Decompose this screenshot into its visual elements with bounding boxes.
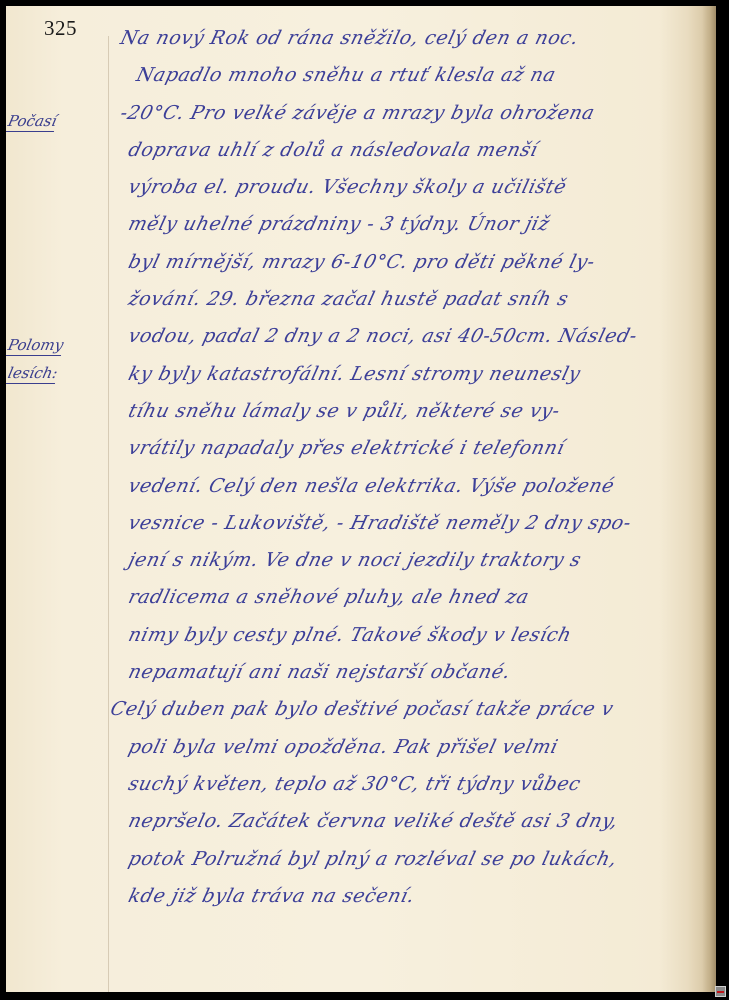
chronicle-page: 325 Počasí Polomy lesích: Na nový Rok od… bbox=[6, 6, 716, 992]
text-line: byl mírnější, mrazy 6-10°C. pro děti pěk… bbox=[116, 244, 715, 281]
text-line: nimy byly cesty plné. Takové škody v les… bbox=[116, 617, 715, 654]
handwritten-body: Na nový Rok od rána sněžilo, celý den a … bbox=[116, 20, 706, 915]
text-line: vrátily napadaly přes elektrické i telef… bbox=[116, 430, 715, 467]
text-line: radlicema a sněhové pluhy, ale hned za bbox=[116, 579, 715, 616]
text-line: vedení. Celý den nešla elektrika. Výše p… bbox=[116, 468, 715, 505]
text-line: potok Polružná byl plný a rozléval se po… bbox=[116, 841, 715, 878]
text-line: vodou, padal 2 dny a 2 noci, asi 40-50cm… bbox=[116, 318, 715, 355]
text-line: kde již byla tráva na sečení. bbox=[116, 878, 715, 915]
text-line: nepamatují ani naši nejstarší občané. bbox=[116, 654, 715, 691]
text-line: Napadlo mnoho sněhu a rtuť klesla až na bbox=[116, 57, 715, 94]
text-line: výroba el. proudu. Všechny školy a učili… bbox=[116, 169, 715, 206]
text-line: ky byly katastrofální. Lesní stromy neun… bbox=[116, 356, 715, 393]
text-line: nepršelo. Začátek června veliké deště as… bbox=[116, 803, 715, 840]
margin-rule bbox=[108, 36, 109, 992]
minimize-icon[interactable] bbox=[715, 986, 726, 997]
text-line: vesnice - Lukoviště, - Hradiště neměly 2… bbox=[116, 505, 715, 542]
margin-note-weather: Počasí bbox=[6, 112, 58, 132]
text-line: -20°C. Pro velké závěje a mrazy byla ohr… bbox=[116, 95, 715, 132]
text-line: jení s nikým. Ve dne v noci jezdily trak… bbox=[116, 542, 715, 579]
text-line: Na nový Rok od rána sněžilo, celý den a … bbox=[116, 20, 715, 57]
text-line: Celý duben pak bylo deštivé počasí takže… bbox=[106, 691, 715, 728]
page-number: 325 bbox=[44, 16, 77, 41]
text-line: poli byla velmi opožděna. Pak přišel vel… bbox=[116, 729, 715, 766]
text-line: žování. 29. března začal hustě padat sní… bbox=[116, 281, 715, 318]
text-line: tíhu sněhu lámaly se v půli, některé se … bbox=[116, 393, 715, 430]
text-line: doprava uhlí z dolů a následovala menší bbox=[116, 132, 715, 169]
text-line: suchý květen, teplo až 30°C, tři týdny v… bbox=[116, 766, 715, 803]
margin-note-forests: lesích: bbox=[6, 364, 59, 384]
text-line: měly uhelné prázdniny - 3 týdny. Únor ji… bbox=[116, 206, 715, 243]
margin-note-windfall: Polomy bbox=[6, 336, 65, 356]
